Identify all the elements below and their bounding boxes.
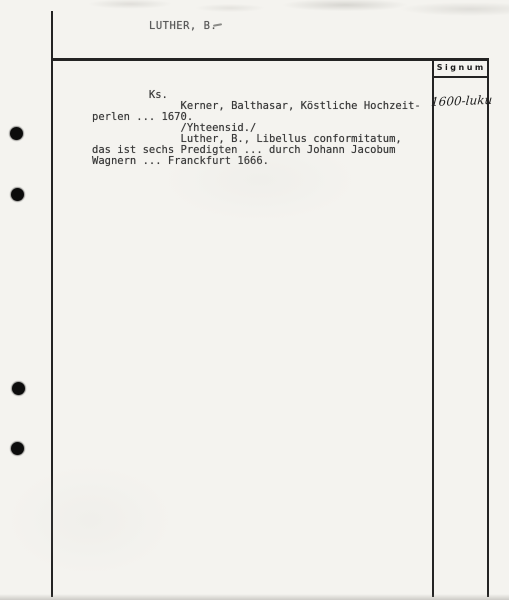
- signum-handwritten-value: 1600-luku: [430, 92, 489, 112]
- signum-column-right-rule: [487, 58, 489, 597]
- signum-column-header: Signum: [432, 63, 488, 72]
- hole-punch-icon: [11, 442, 24, 455]
- catalog-card-scan: LUTHER, B. Signum 1600-luku Ks. Kerner, …: [0, 0, 509, 600]
- card-heading: LUTHER, B.: [149, 20, 217, 32]
- signum-header-bottom-rule: [432, 76, 489, 78]
- signum-column-left-rule: [432, 58, 434, 597]
- left-margin-rule: [51, 11, 53, 597]
- hole-punch-icon: [11, 188, 24, 201]
- hole-punch-icon: [10, 127, 23, 140]
- hole-punch-icon: [12, 382, 25, 395]
- top-horizontal-rule: [51, 58, 489, 61]
- stray-typewriter-mark: [213, 23, 222, 26]
- card-body-text: Ks. Kerner, Balthasar, Köstliche Hochzei…: [92, 90, 421, 167]
